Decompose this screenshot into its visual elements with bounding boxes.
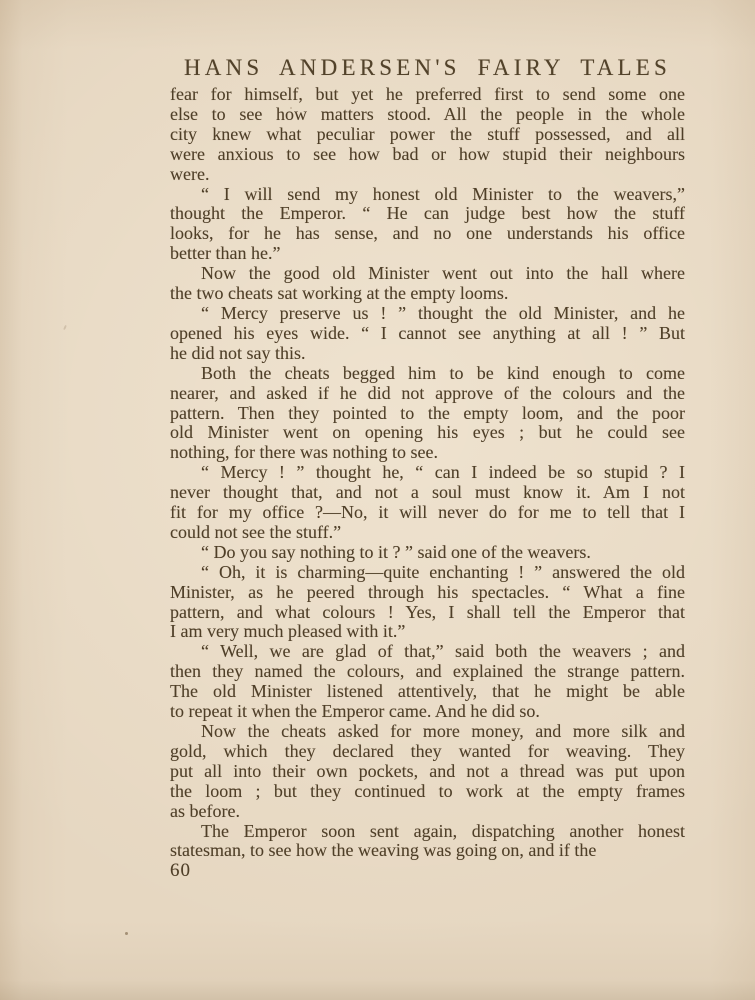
text-line: Minister, as he peered through his spect… [170, 583, 685, 603]
text-line: fear for himself, but yet he preferred f… [170, 85, 685, 105]
text-line: nothing, for there was nothing to see. [170, 443, 685, 463]
text-line: old Minister went on opening his eyes ; … [170, 423, 685, 443]
text-line: pattern, and what colours ! Yes, I shall… [170, 603, 685, 623]
text-line: statesman, to see how the weaving was go… [170, 841, 685, 861]
text-line: gold, which they declared they wanted fo… [170, 742, 685, 762]
text-line: to repeat it when the Emperor came. And … [170, 702, 685, 722]
paper-scratch [63, 325, 67, 330]
text-line: “ I will send my honest old Minister to … [170, 185, 685, 205]
text-line: as before. [170, 802, 685, 822]
text-line: else to see how matters stood. All the p… [170, 105, 685, 125]
text-line: The Emperor soon sent again, dispatching… [170, 822, 685, 842]
text-line: the loom ; but they continued to work at… [170, 782, 685, 802]
running-header: HANS ANDERSEN'S FAIRY TALES [170, 55, 685, 81]
text-line: “ Well, we are glad of that,” said both … [170, 642, 685, 662]
text-line: pattern. Then they pointed to the empty … [170, 404, 685, 424]
text-line: “ Do you say nothing to it ? ” said one … [170, 543, 685, 563]
text-line: could not see the stuff.” [170, 523, 685, 543]
book-page-scan: HANS ANDERSEN'S FAIRY TALES fear for him… [0, 0, 755, 1000]
text-line: never thought that, and not a soul must … [170, 483, 685, 503]
page-number: 60 [170, 861, 685, 881]
text-line: “ Mercy preserve us ! ” thought the old … [170, 304, 685, 324]
text-line: Now the good old Minister went out into … [170, 264, 685, 284]
text-line: nearer, and asked if he did not approve … [170, 384, 685, 404]
text-line: I am very much pleased with it.” [170, 622, 685, 642]
text-line: Both the cheats begged him to be kind en… [170, 364, 685, 384]
text-line: fit for my office ?—No, it will never do… [170, 503, 685, 523]
text-line: “ Mercy ! ” thought he, “ can I indeed b… [170, 463, 685, 483]
text-line: better than he.” [170, 244, 685, 264]
page-text: fear for himself, but yet he preferred f… [170, 85, 685, 881]
text-line: then they named the colours, and explain… [170, 662, 685, 682]
text-line: were. [170, 165, 685, 185]
text-line: the two cheats sat working at the empty … [170, 284, 685, 304]
paper-speck [290, 107, 292, 109]
text-line: looks, for he has sense, and no one unde… [170, 224, 685, 244]
text-line: were anxious to see how bad or how stupi… [170, 145, 685, 165]
text-line: he did not say this. [170, 344, 685, 364]
text-line: Now the cheats asked for more money, and… [170, 722, 685, 742]
text-line: The old Minister listened attentively, t… [170, 682, 685, 702]
text-line: “ Oh, it is charming—quite enchanting ! … [170, 563, 685, 583]
text-line: put all into their own pockets, and not … [170, 762, 685, 782]
text-line: thought the Emperor. “ He can judge best… [170, 204, 685, 224]
paper-speck [125, 932, 128, 935]
text-line: city knew what peculiar power the stuff … [170, 125, 685, 145]
text-line: opened his eyes wide. “ I cannot see any… [170, 324, 685, 344]
